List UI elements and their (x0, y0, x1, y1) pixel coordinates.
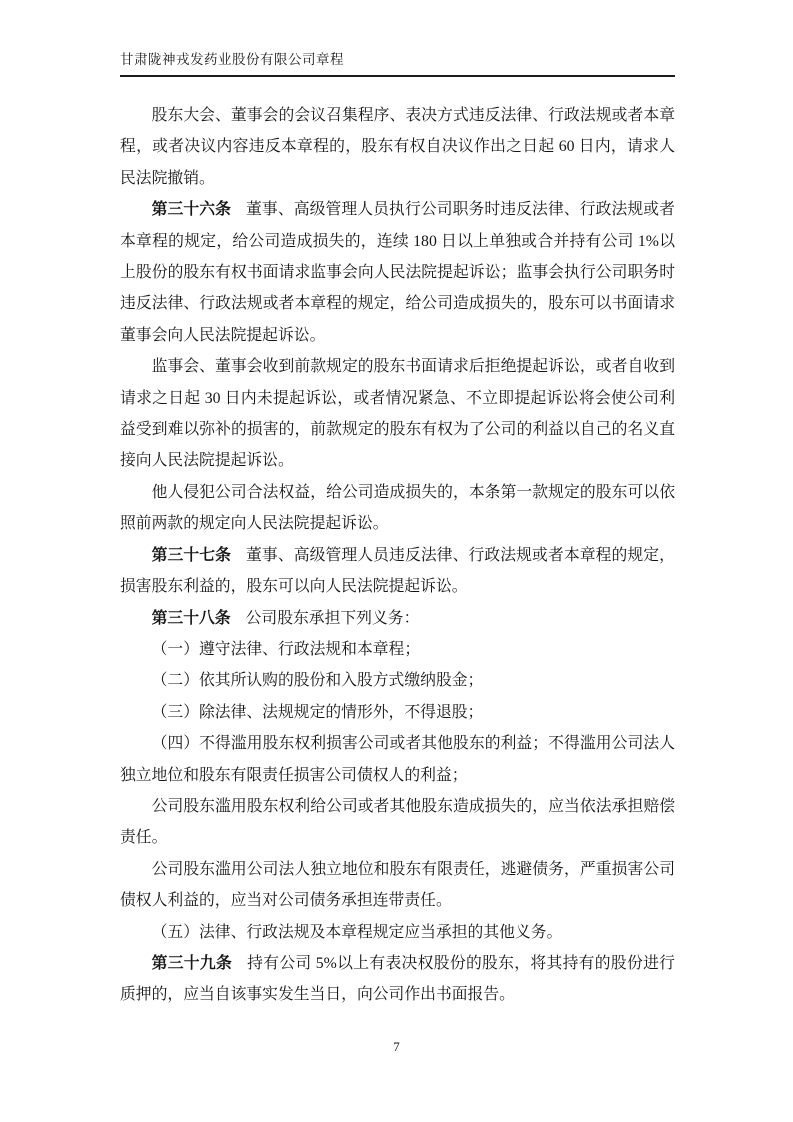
body-paragraph: 股东大会、董事会的会议召集程序、表决方式违反法律、行政法规或者本章程，或者决议内… (120, 100, 675, 194)
article-number: 第三十八条 (152, 610, 231, 627)
body-paragraph: 公司股东滥用公司法人独立地位和股东有限责任，逃避债务，严重损害公司债权人利益的，… (120, 854, 675, 917)
paragraph-text: （二）依其所认购的股份和入股方式缴纳股金； (152, 672, 484, 689)
page-number: 7 (393, 1039, 400, 1054)
article-number: 第三十七条 (152, 547, 231, 564)
page-footer: 7 (0, 1039, 793, 1055)
paragraph-text: （五）法律、行政法规及本章程规定应当承担的其他义务。 (152, 924, 563, 941)
article-paragraph: 第三十七条董事、高级管理人员违反法律、行政法规或者本章程的规定，损害股东利益的，… (120, 540, 675, 603)
document-body: 股东大会、董事会的会议召集程序、表决方式违反法律、行政法规或者本章程，或者决议内… (120, 100, 675, 1011)
paragraph-text: 监事会、董事会收到前款规定的股东书面请求后拒绝提起诉讼，或者自收到请求之日起 3… (120, 358, 675, 469)
header-title: 甘肃陇神戎发药业股份有限公司章程 (120, 52, 344, 67)
article-number: 第三十六条 (152, 201, 231, 218)
paragraph-text: 公司股东承担下列义务： (246, 610, 420, 627)
article-paragraph: 第三十九条持有公司 5%以上有表决权股份的股东，将其持有的股份进行质押的，应当自… (120, 948, 675, 1011)
document-page: 甘肃陇神戎发药业股份有限公司章程 股东大会、董事会的会议召集程序、表决方式违反法… (0, 0, 793, 1122)
body-paragraph: 他人侵犯公司合法权益，给公司造成损失的，本条第一款规定的股东可以依照前两款的规定… (120, 477, 675, 540)
body-paragraph: 监事会、董事会收到前款规定的股东书面请求后拒绝提起诉讼，或者自收到请求之日起 3… (120, 351, 675, 477)
body-paragraph: （四）不得滥用股东权利损害公司或者其他股东的利益；不得滥用公司法人独立地位和股东… (120, 728, 675, 791)
body-paragraph: （二）依其所认购的股份和入股方式缴纳股金； (120, 665, 675, 696)
article-number: 第三十九条 (152, 955, 233, 972)
body-paragraph: （五）法律、行政法规及本章程规定应当承担的其他义务。 (120, 917, 675, 948)
paragraph-text: （一）遵守法律、行政法规和本章程； (152, 641, 421, 658)
paragraph-text: 股东大会、董事会的会议召集程序、表决方式违反法律、行政法规或者本章程，或者决议内… (120, 107, 675, 187)
article-paragraph: 第三十八条公司股东承担下列义务： (120, 603, 675, 634)
page-header: 甘肃陇神戎发药业股份有限公司章程 (120, 52, 675, 77)
paragraph-text: 公司股东滥用公司法人独立地位和股东有限责任，逃避债务，严重损害公司债权人利益的，… (120, 861, 675, 909)
body-paragraph: （三）除法律、法规规定的情形外，不得退股； (120, 697, 675, 728)
paragraph-text: 他人侵犯公司合法权益，给公司造成损失的，本条第一款规定的股东可以依照前两款的规定… (120, 484, 675, 532)
paragraph-text: （四）不得滥用股东权利损害公司或者其他股东的利益；不得滥用公司法人独立地位和股东… (120, 735, 675, 783)
paragraph-text: 董事、高级管理人员执行公司职务时违反法律、行政法规或者本章程的规定，给公司造成损… (120, 201, 675, 344)
article-paragraph: 第三十六条董事、高级管理人员执行公司职务时违反法律、行政法规或者本章程的规定，给… (120, 194, 675, 351)
body-paragraph: 公司股东滥用股东权利给公司或者其他股东造成损失的，应当依法承担赔偿责任。 (120, 791, 675, 854)
body-paragraph: （一）遵守法律、行政法规和本章程； (120, 634, 675, 665)
paragraph-text: 公司股东滥用股东权利给公司或者其他股东造成损失的，应当依法承担赔偿责任。 (120, 798, 675, 846)
paragraph-text: （三）除法律、法规规定的情形外，不得退股； (152, 704, 484, 721)
